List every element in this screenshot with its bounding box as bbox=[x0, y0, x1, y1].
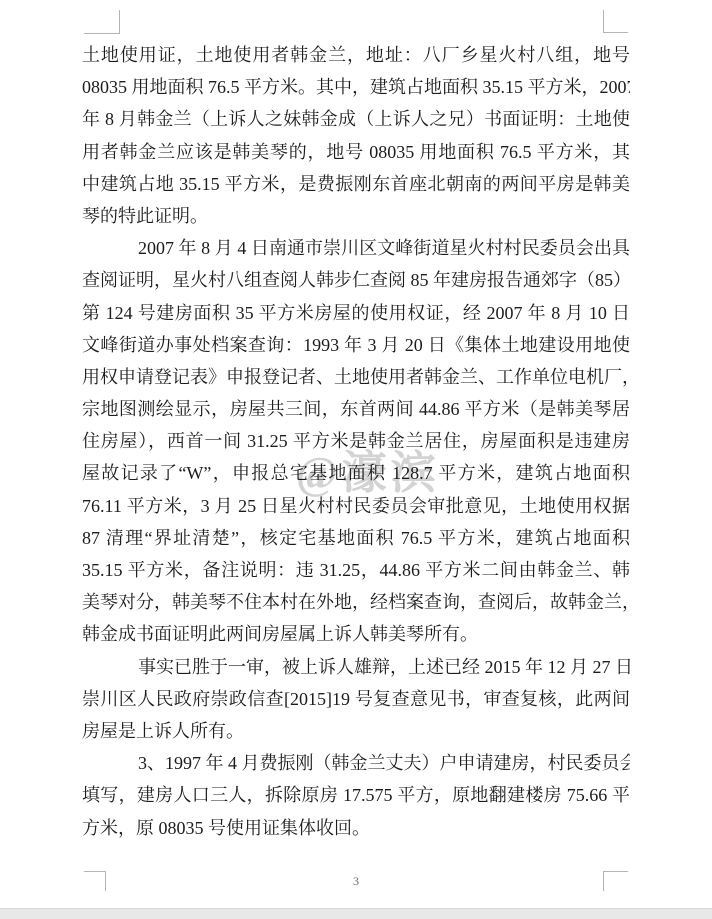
text-line: 第 124 号建房面积 35 平方米房屋的使用权证，经 2007 年 8 月 1… bbox=[82, 297, 630, 329]
paragraph: 土地使用证，土地使用者韩金兰，地址：八厂乡星火村八组，地号08035 用地面积 … bbox=[82, 39, 630, 232]
page-footer: 3 bbox=[0, 872, 712, 890]
margin-crop-mark-top-left bbox=[84, 10, 120, 34]
text-line: 韩金成书面证明此两间房屋属上诉人韩美琴所有。 bbox=[82, 618, 630, 650]
page-number: 3 bbox=[353, 874, 359, 888]
paragraph: 3、1997 年 4 月费振刚（韩金兰丈夫）户申请建房，村民委员会填写，建房人口… bbox=[82, 747, 630, 844]
paragraph: 事实已胜于一审，被上诉人雄辩，上述已经 2015 年 12 月 27 日崇川区人… bbox=[82, 651, 630, 748]
scan-bottom-edge bbox=[0, 908, 712, 919]
text-line: 查阅证明，星火村八组查阅人韩步仁查阅 85 年建房报告通郊字（85） bbox=[82, 264, 630, 296]
document-page: @濠滨 土地使用证，土地使用者韩金兰，地址：八厂乡星火村八组，地号08035 用… bbox=[0, 0, 712, 919]
text-line: 87 清理“界址清楚”，核定宅基地面积 76.5 平方米，建筑占地面积 bbox=[82, 522, 630, 554]
text-line: 美琴对分，韩美琴不住本村在外地，经档案查询，查阅后，故韩金兰， bbox=[82, 586, 630, 618]
document-body-text: 土地使用证，土地使用者韩金兰，地址：八厂乡星火村八组，地号08035 用地面积 … bbox=[82, 39, 630, 844]
text-line: 3、1997 年 4 月费振刚（韩金兰丈夫）户申请建房，村民委员会 bbox=[82, 747, 630, 779]
text-line: 土地使用证，土地使用者韩金兰，地址：八厂乡星火村八组，地号 bbox=[82, 39, 630, 71]
text-line: 事实已胜于一审，被上诉人雄辩，上述已经 2015 年 12 月 27 日 bbox=[82, 651, 630, 683]
paragraph: 2007 年 8 月 4 日南通市崇川区文峰街道星火村村民委员会出具查阅证明，星… bbox=[82, 232, 630, 650]
text-line: 年 8 月韩金兰（上诉人之妹韩金成（上诉人之兄）书面证明：土地使 bbox=[82, 103, 630, 135]
text-line: 用权申请登记表》申报登记者、土地使用者韩金兰、工作单位电机厂， bbox=[82, 361, 630, 393]
text-line: 08035 用地面积 76.5 平方米。其中，建筑占地面积 35.15 平方米，… bbox=[82, 71, 630, 103]
text-line: 住房屋），西首一间 31.25 平方米是韩金兰居住，房屋面积是违建房 bbox=[82, 425, 630, 457]
text-line: 崇川区人民政府崇政信查[2015]19 号复查意见书，审查复核，此两间 bbox=[82, 683, 630, 715]
margin-crop-mark-top-right bbox=[603, 10, 628, 33]
text-line: 2007 年 8 月 4 日南通市崇川区文峰街道星火村村民委员会出具 bbox=[82, 232, 630, 264]
text-line: 琴的特此证明。 bbox=[82, 200, 630, 232]
text-line: 屋故记录了“W”，申报总宅基地面积 128.7 平方米，建筑占地面积 bbox=[82, 457, 630, 489]
text-line: 填写，建房人口三人，拆除原房 17.575 平方，原地翻建楼房 75.66 平 bbox=[82, 779, 630, 811]
text-line: 35.15 平方米，备注说明：违 31.25，44.86 平方米二间由韩金兰、韩 bbox=[82, 554, 630, 586]
text-line: 文峰街道办事处档案查询：1993 年 3 月 20 日《集体土地建设用地使 bbox=[82, 329, 630, 361]
text-line: 中建筑占地 35.15 平方米，是费振刚东首座北朝南的两间平房是韩美 bbox=[82, 168, 630, 200]
text-line: 用者韩金兰应该是韩美琴的，地号 08035 用地面积 76.5 平方米，其 bbox=[82, 136, 630, 168]
text-line: 房屋是上诉人所有。 bbox=[82, 715, 630, 747]
text-line: 方米，原 08035 号使用证集体收回。 bbox=[82, 812, 630, 844]
text-line: 宗地图测绘显示，房屋共三间，东首两间 44.86 平方米（是韩美琴居 bbox=[82, 393, 630, 425]
text-line: 76.11 平方米，3 月 25 日星火村村民委员会审批意见，土地使用权据 bbox=[82, 490, 630, 522]
